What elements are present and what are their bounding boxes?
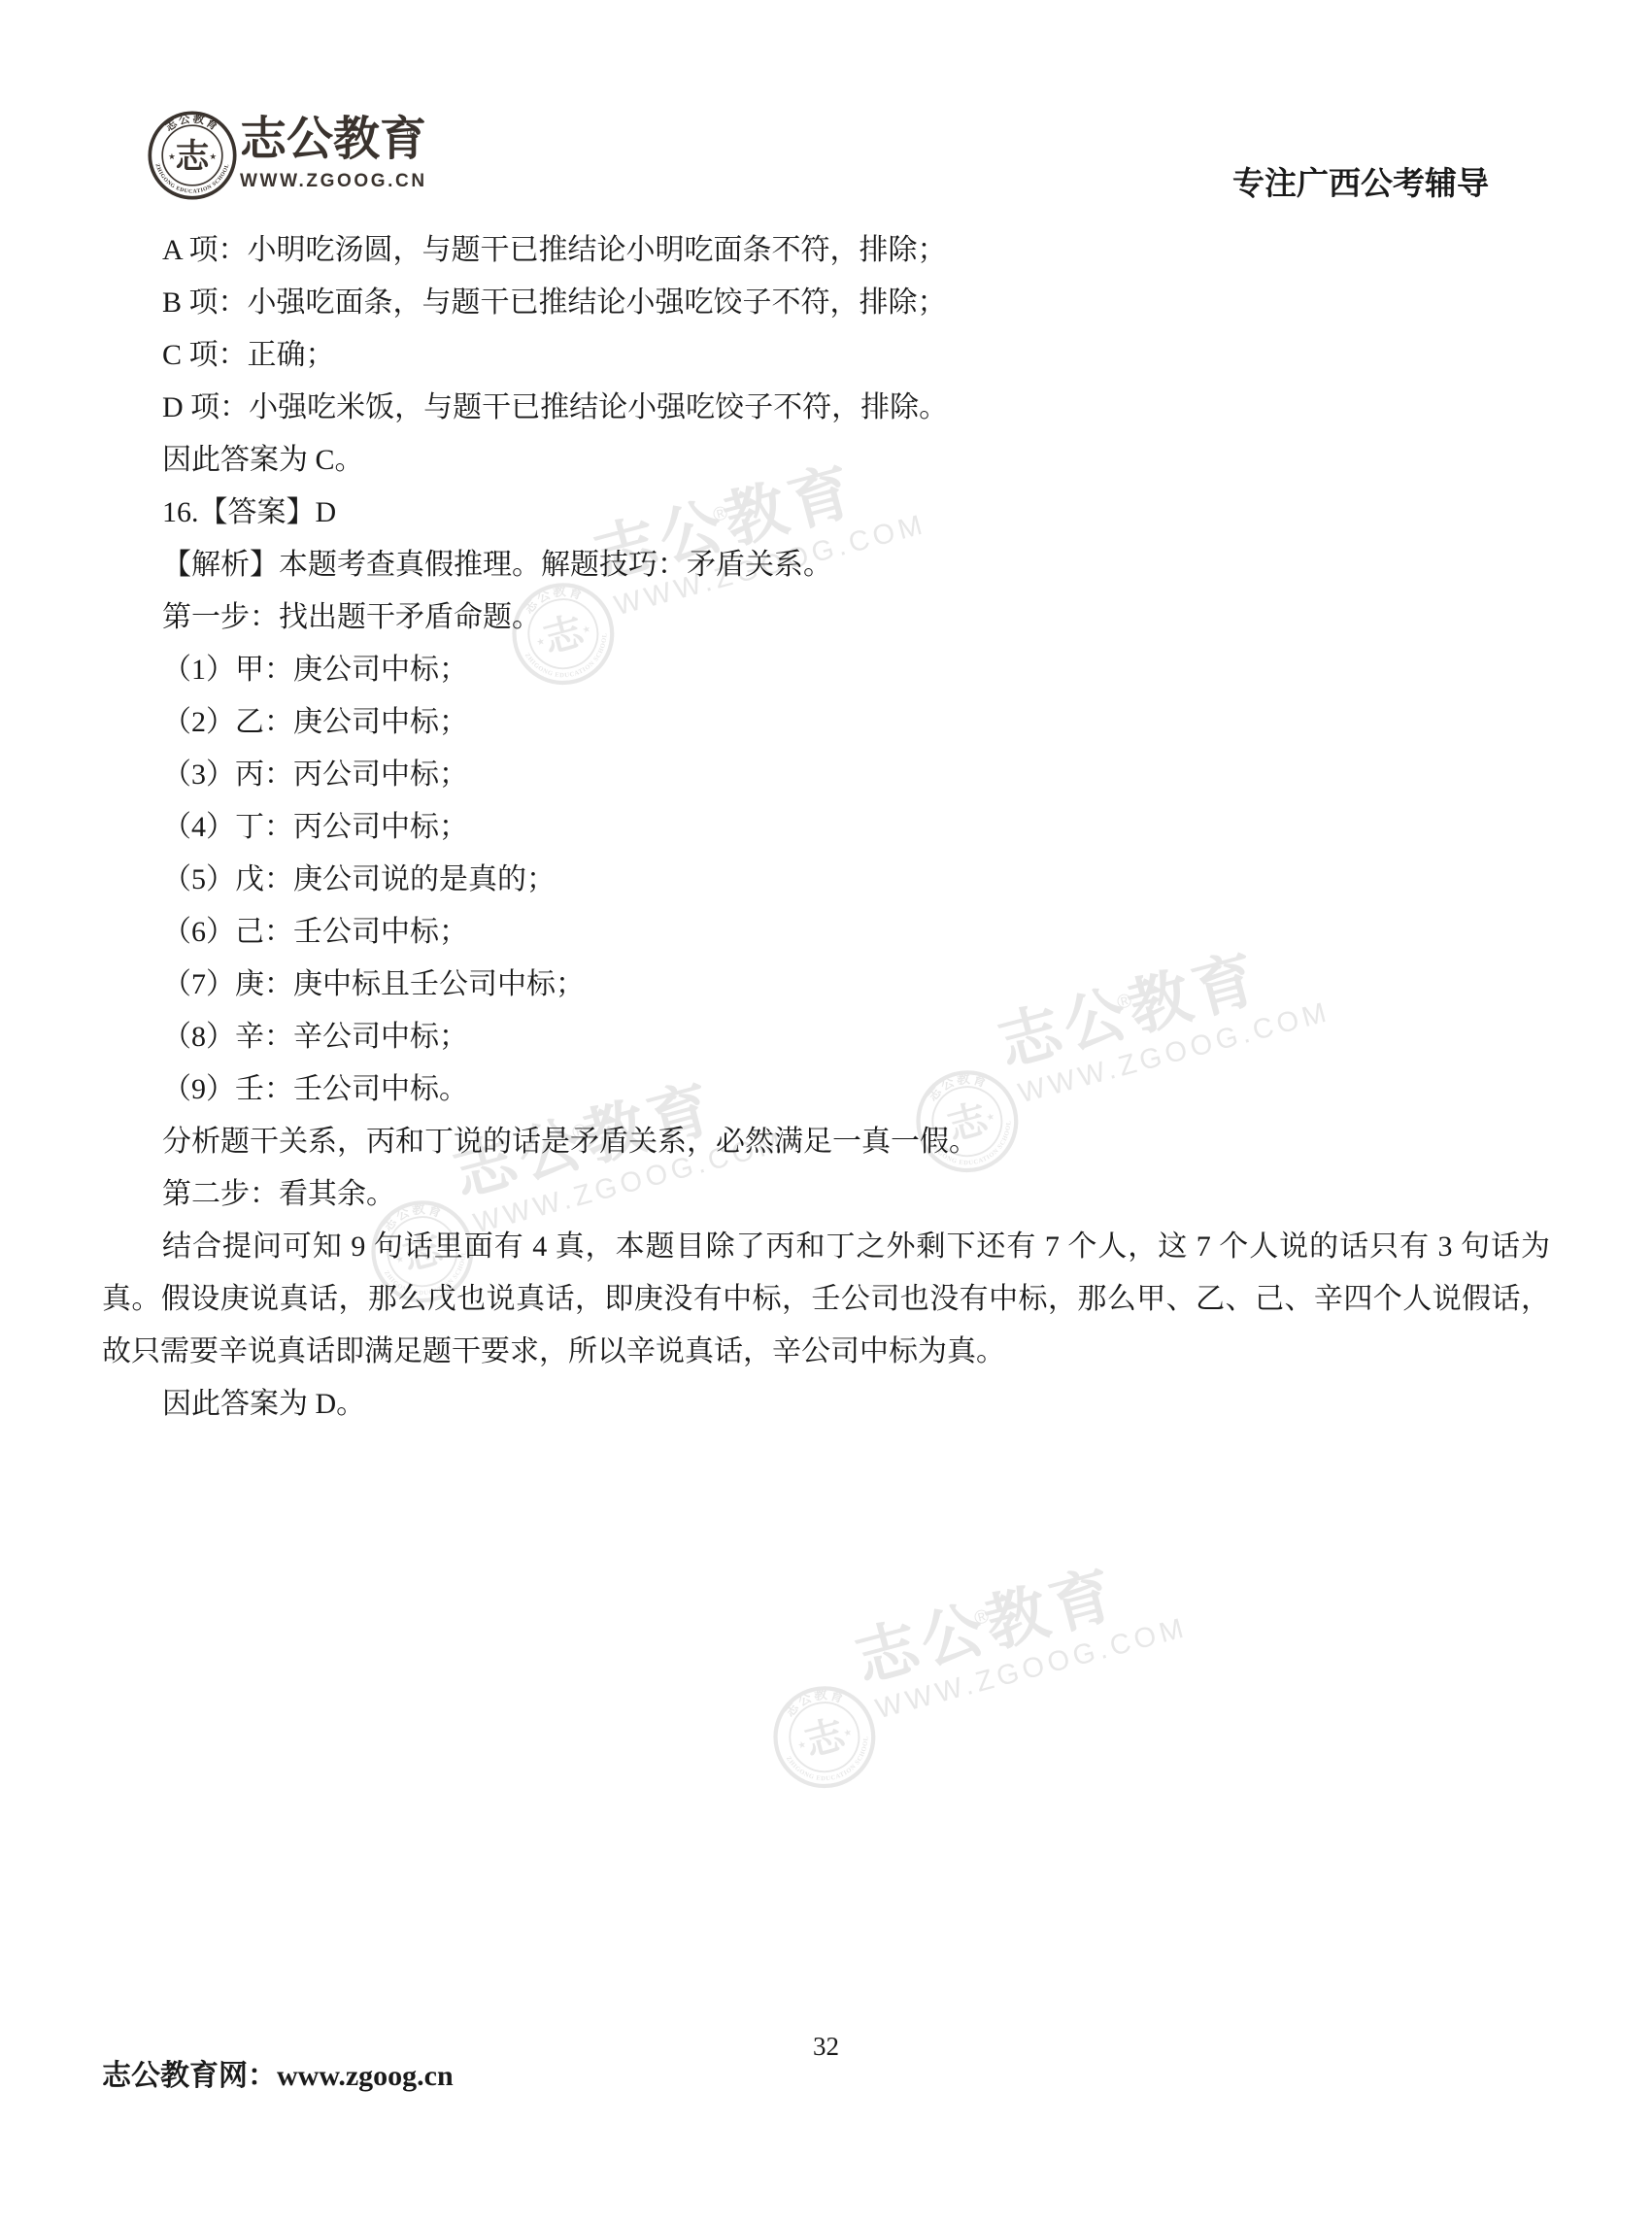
- body-line-step1: 第一步：找出题干矛盾命题。: [102, 591, 1550, 644]
- svg-text:志公教育: 志公教育: [778, 1679, 851, 1722]
- watermark-wordmark-text: 志公教育: [848, 1558, 1125, 1695]
- svg-text:★: ★: [842, 1727, 854, 1739]
- watermark: 志公教育ZHIGONG EDUCATION SCHOOL★★志 志公教育® WW…: [750, 1555, 1170, 1824]
- body-line-item-2: （2）乙：庚公司中标；: [102, 696, 1550, 749]
- footer-site-url: www.zgoog.cn: [277, 2060, 454, 2092]
- logo-wordmark-text: 志公教育: [240, 114, 426, 165]
- header-seal-logo: 志公教育ZHIGONG EDUCATION SCHOOL★★志: [148, 111, 237, 200]
- watermark-text: 志公教育® WWW.ZGOOG.COM: [849, 1544, 1191, 1728]
- body-line-option-d: D 项：小强吃米饭，与题干已推结论小强吃饺子不符，排除。: [102, 382, 1550, 434]
- logo-wordmark: 志公教育®: [240, 115, 427, 165]
- page-number: 32: [0, 2032, 1652, 2062]
- svg-text:★: ★: [168, 152, 175, 161]
- body-line-option-a: A 项：小明吃汤圆，与题干已推结论小明吃面条不符，排除；: [102, 224, 1550, 277]
- answer-explanation-body: A 项：小明吃汤圆，与题干已推结论小明吃面条不符，排除； B 项：小强吃面条，与…: [102, 224, 1550, 1431]
- svg-text:ZHIGONG EDUCATION SCHOOL: ZHIGONG EDUCATION SCHOOL: [784, 1735, 878, 1793]
- registered-mark: ®: [966, 1584, 997, 1652]
- svg-text:志: 志: [800, 1712, 850, 1765]
- footer-site-label: 志公教育网：: [102, 2060, 277, 2092]
- body-line-relation: 分析题干关系，丙和丁说的话是矛盾关系，必然满足一真一假。: [102, 1116, 1550, 1168]
- header-tagline: 专注广西公考辅导: [1232, 158, 1489, 204]
- body-line-item-8: （8）辛：辛公司中标；: [102, 1011, 1550, 1063]
- body-line-item-4: （4）丁：丙公司中标；: [102, 801, 1550, 854]
- body-line-step2: 第二步：看其余。: [102, 1168, 1550, 1221]
- body-line-answer-16: 16.【答案】D: [102, 487, 1550, 539]
- body-line-conclusion-c: 因此答案为 C。: [102, 434, 1550, 487]
- body-line-option-c: C 项：正确；: [102, 329, 1550, 382]
- body-line-paragraph-3: 故只需要辛说真话即满足题干要求，所以辛说真话，辛公司中标为真。: [102, 1326, 1550, 1378]
- registered-mark: ®: [407, 109, 418, 159]
- svg-text:志: 志: [176, 138, 211, 176]
- watermark-seal-logo: 志公教育ZHIGONG EDUCATION SCHOOL★★志: [761, 1674, 888, 1801]
- body-line-item-9: （9）壬：壬公司中标。: [102, 1063, 1550, 1116]
- body-line-item-3: （3）丙：丙公司中标；: [102, 749, 1550, 801]
- body-line-analysis: 【解析】本题考查真假推理。解题技巧：矛盾关系。: [102, 539, 1550, 591]
- body-line-item-6: （6）己：壬公司中标；: [102, 906, 1550, 959]
- body-line-item-5: （5）戊：庚公司说的是真的；: [102, 854, 1550, 906]
- body-line-paragraph-1: 结合提问可知 9 句话里面有 4 真，本题目除了丙和丁之外剩下还有 7 个人，这…: [102, 1221, 1550, 1273]
- document-page: { "colors": { "brand_dark": "#3a332e", "…: [0, 0, 1652, 2225]
- watermark-wordmark: 志公教育®: [849, 1544, 1182, 1693]
- body-line-item-1: （1）甲：庚公司中标；: [102, 644, 1550, 696]
- logo-url: WWW.ZGOOG.CN: [240, 171, 427, 192]
- body-line-option-b: B 项：小强吃面条，与题干已推结论小强吃饺子不符，排除；: [102, 277, 1550, 329]
- watermark-url: WWW.ZGOOG.COM: [872, 1612, 1191, 1726]
- header-logo: 志公教育® WWW.ZGOOG.CN: [240, 115, 427, 192]
- body-line-paragraph-2: 真。假设庚说真话，那么戊也说真话，即庚没有中标，壬公司也没有中标，那么甲、乙、己…: [102, 1273, 1550, 1326]
- body-line-item-7: （7）庚：庚中标且壬公司中标；: [102, 959, 1550, 1011]
- svg-text:★: ★: [796, 1739, 808, 1752]
- body-line-conclusion-d: 因此答案为 D。: [102, 1378, 1550, 1431]
- svg-text:★: ★: [209, 152, 216, 161]
